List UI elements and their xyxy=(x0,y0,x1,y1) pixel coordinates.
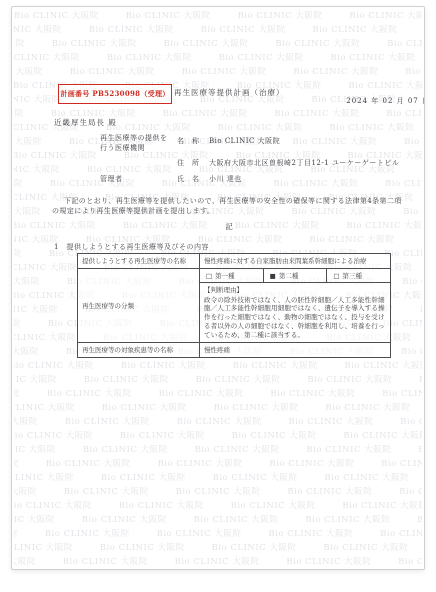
plan-number-stamp: 計画番号 PB5230098（受理） xyxy=(58,84,172,104)
plan-number-text: 計画番号 PB5230098（受理） xyxy=(60,89,169,99)
clinic-address-label: 住 所 xyxy=(177,158,200,168)
row1-label: 提供しようとする再生医療等の名称 xyxy=(78,254,200,268)
checkbox-type3: □ 第三種 xyxy=(327,269,390,283)
clinic-name-value: Bio CLINIC 大阪院 xyxy=(209,136,280,146)
recipient-line: 近畿厚生局長 殿 xyxy=(54,117,117,128)
intro-line2: の規定により再生医療等提供計画を提出します。 xyxy=(52,206,214,216)
classification-label: 再生医療等の分類 xyxy=(78,269,200,343)
checkbox-type2-box-icon: ■ xyxy=(270,272,276,281)
checkbox-type1-box-icon: □ xyxy=(206,272,212,281)
table-row-classification: 再生医療等の分類 □ 第一種 ■ 第二種 □ 第三種 xyxy=(78,269,390,344)
judgment-cell: 【判断理由】 政令の除外技術ではなく、人の胚性幹細胞／人工多能性幹細胞／人工多能… xyxy=(200,283,390,342)
document-page: Bio CLINIC 大阪院 Bio CLINIC 大阪院 Bio CLINIC… xyxy=(11,6,425,570)
document-title: 再生医療等提供計画（治療） xyxy=(174,87,285,98)
checkbox-type1: □ 第一種 xyxy=(200,269,264,283)
clinic-address-value: 大阪府大阪市北区曽根崎2丁目12-1 ユーケーゲートビル xyxy=(209,158,399,168)
checkbox-type3-box-icon: □ xyxy=(333,272,339,281)
clinic-name-label: 名 称 xyxy=(177,136,200,146)
checkbox-type3-label: 第三種 xyxy=(343,272,363,281)
table-row-disease: 再生医療等の対象疾患等の名称 慢性疼痛 xyxy=(78,343,390,357)
regenerative-medicine-table: 提供しようとする再生医療等の名称 慢性疼痛に対する自家脂肪由来間葉系幹細胞による… xyxy=(77,253,391,358)
manager-name-label: 氏 名 xyxy=(177,174,200,184)
checkbox-type1-label: 第一種 xyxy=(215,272,235,281)
ki-heading: 記 xyxy=(12,221,425,232)
table-row-name: 提供しようとする再生医療等の名称 慢性疼痛に対する自家脂肪由来間葉系幹細胞による… xyxy=(78,254,390,269)
row3-value: 慢性疼痛 xyxy=(200,343,390,357)
row3-label: 再生医療等の対象疾患等の名称 xyxy=(78,343,200,357)
row1-value: 慢性疼痛に対する自家脂肪由来間葉系幹細胞による治療 xyxy=(200,254,390,268)
manager-name-value: 小川 達也 xyxy=(209,174,242,184)
checkbox-type2-label: 第二種 xyxy=(279,272,299,281)
class-checkbox-row: □ 第一種 ■ 第二種 □ 第三種 xyxy=(200,269,390,284)
org-label-line1: 再生医療等の提供を xyxy=(100,133,168,143)
document-date: 2024 年 02 月 07 日 xyxy=(292,96,425,106)
org-label-line2: 行う医療機関 xyxy=(100,143,145,153)
judgment-title: 【判断理由】 xyxy=(204,286,386,295)
judgment-text: 政令の除外技術ではなく、人の胚性幹細胞／人工多能性幹細胞／人工多能性幹細胞用細胞… xyxy=(204,296,386,340)
manager-label: 管理者 xyxy=(100,174,123,184)
section1-title: 1 提供しようとする再生医療等及びその内容 xyxy=(54,242,209,252)
checkbox-type2: ■ 第二種 xyxy=(264,269,328,283)
intro-line1: 下記のとおり、再生医療等を提供したいので、再生医療等の安全性の確保等に関する法律… xyxy=(64,196,402,206)
classification-content: □ 第一種 ■ 第二種 □ 第三種 【判断理由】 xyxy=(200,269,390,343)
document-canvas: Bio CLINIC 大阪院 Bio CLINIC 大阪院 Bio CLINIC… xyxy=(0,0,436,592)
